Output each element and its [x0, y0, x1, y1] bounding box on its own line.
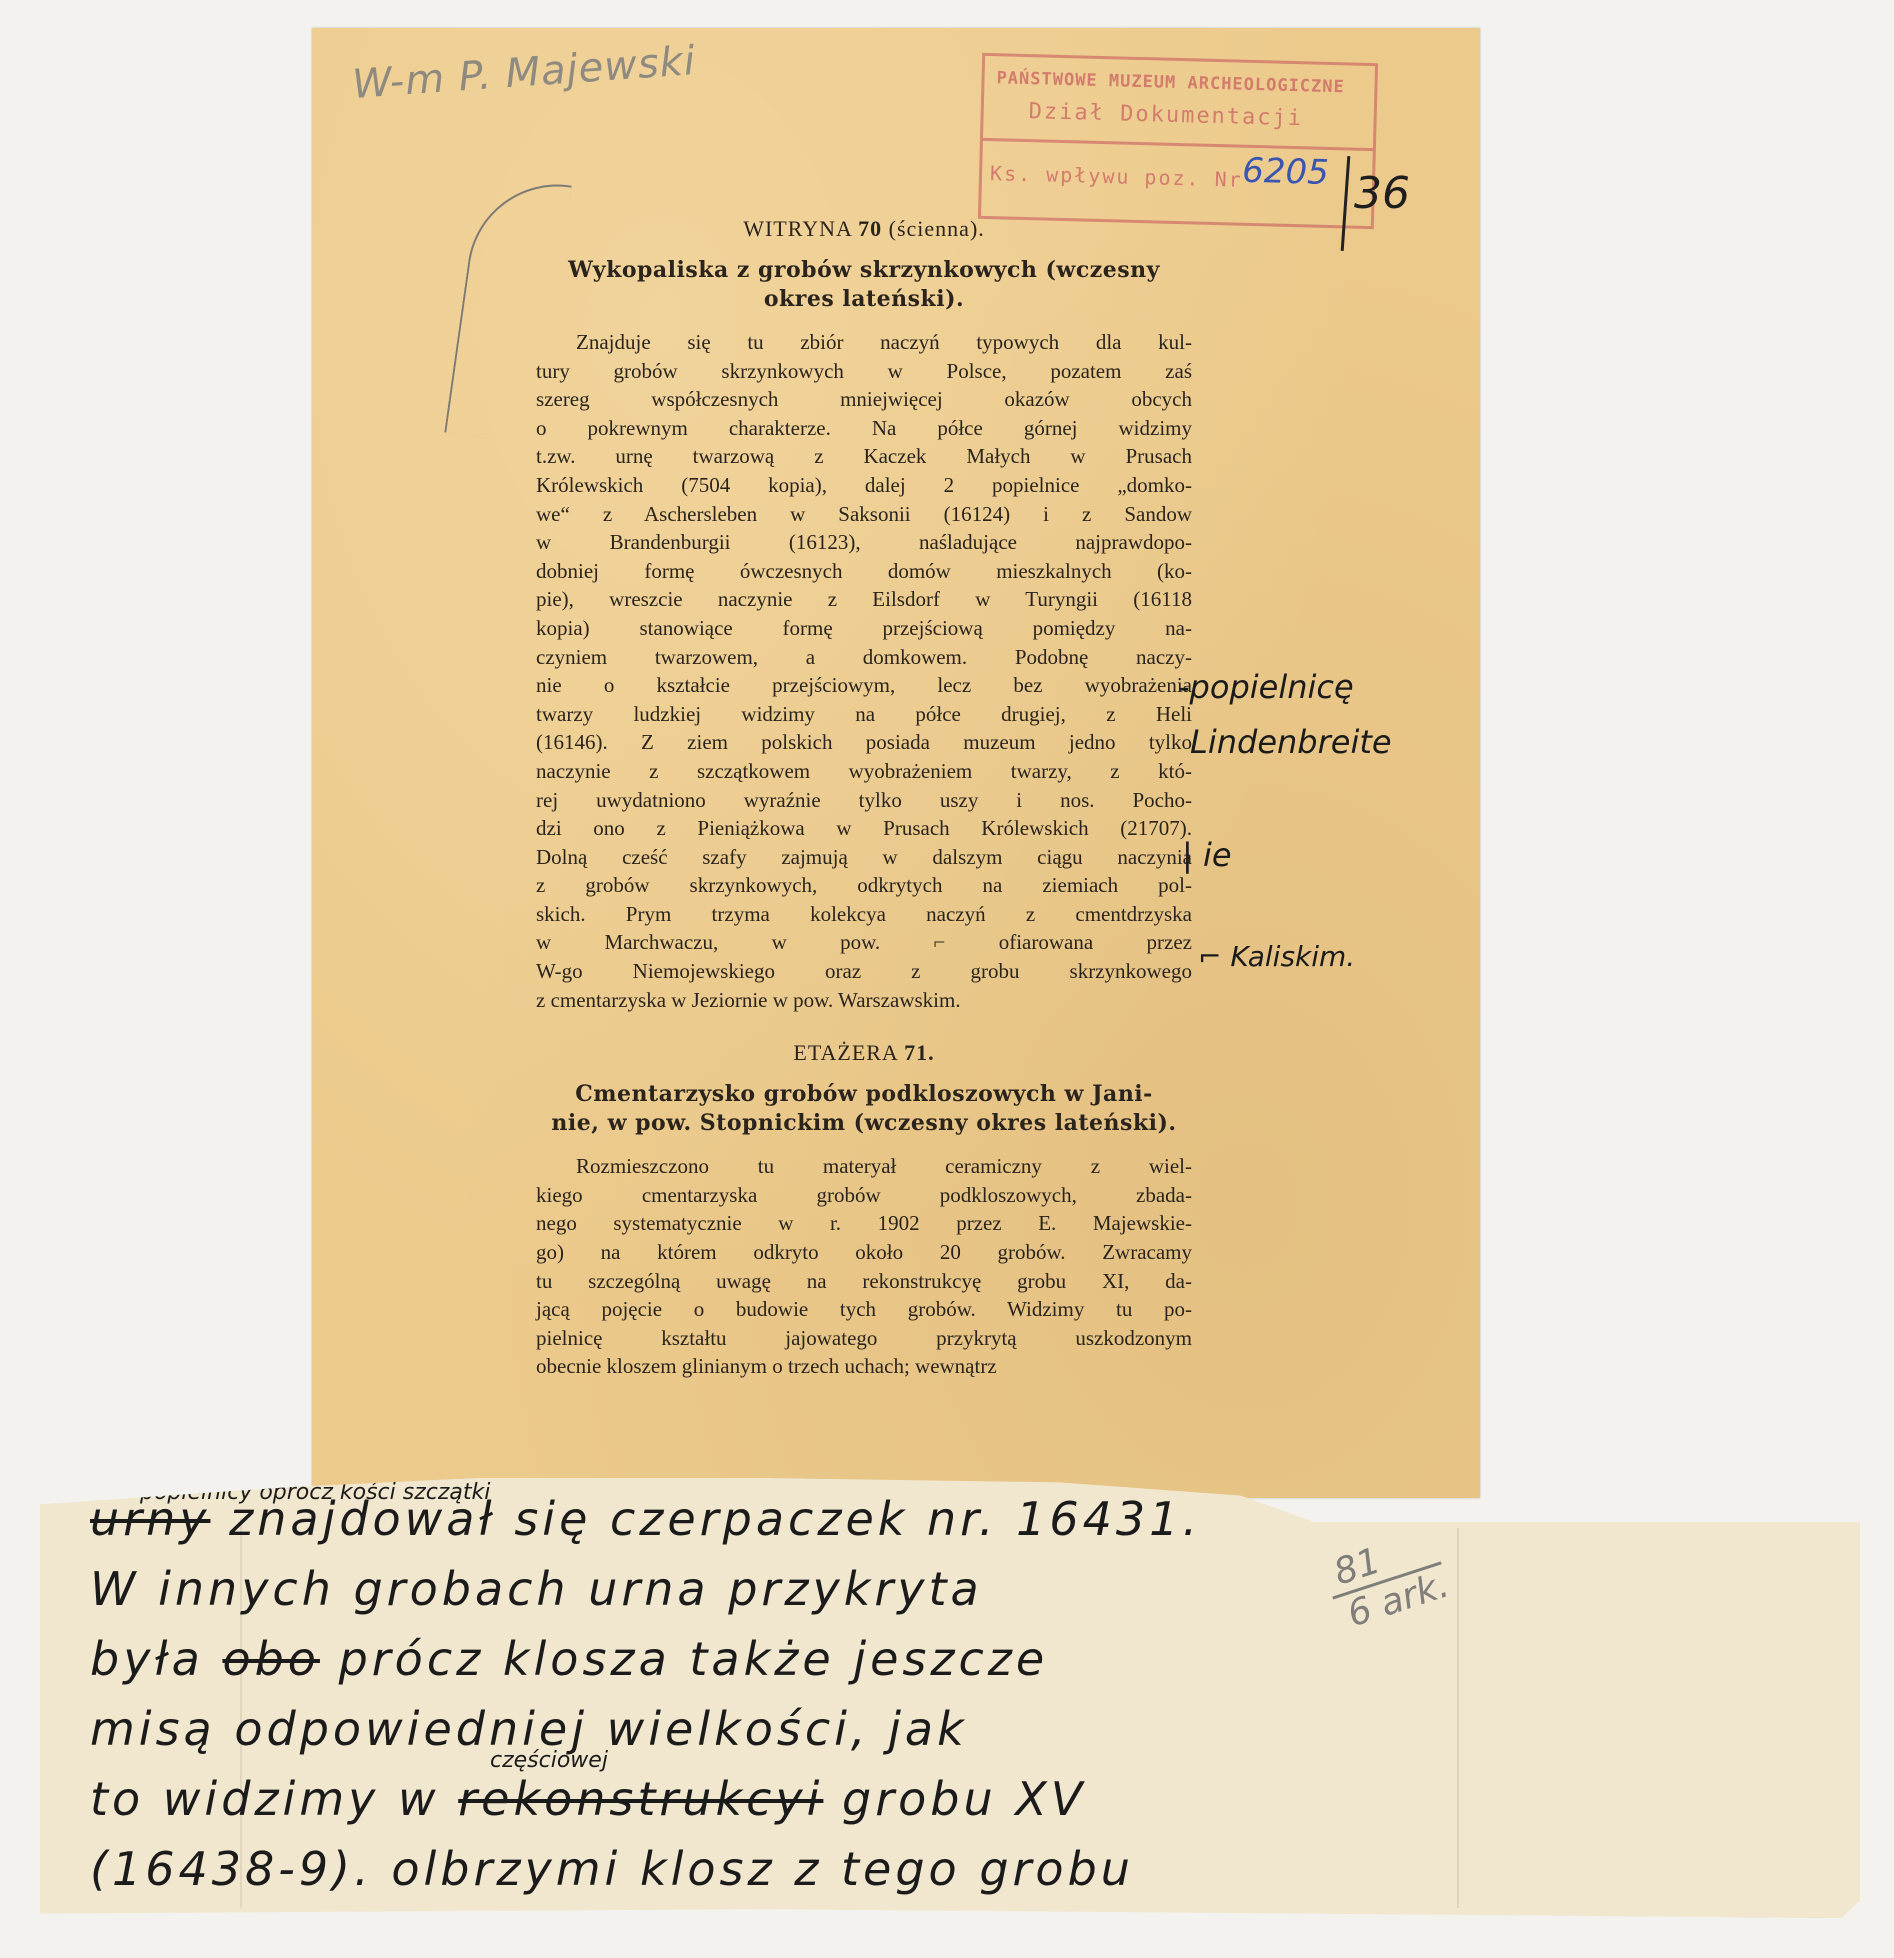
struck-word: rekonstrukcyi	[458, 1772, 823, 1826]
text-line: z grobów skrzynkowych, odkrytych na ziem…	[536, 871, 1192, 900]
text-line: szereg współczesnych mniejwięcej okazów …	[536, 385, 1192, 414]
text-line: naczynie z szczątkowem wyobrażeniem twar…	[536, 757, 1192, 786]
slip-word: była	[90, 1632, 222, 1686]
text-line: jącą pojęcie o budowie tych grobów. Widz…	[536, 1295, 1192, 1324]
folio-number: 36	[1354, 168, 1410, 219]
text-line: Rozmieszczono tu materyał ceramiczny z w…	[536, 1152, 1192, 1181]
section-subheader: Cmentarzysko grobów podkloszowych w Jani…	[536, 1080, 1192, 1138]
printed-text: WITRYNA 70 (ścienna). Wykopaliska z grob…	[536, 216, 1192, 1381]
section-header-suffix: (ścienna).	[889, 216, 985, 241]
text-line: Znajduje się tu zbiór naczyń typowych dl…	[536, 328, 1192, 357]
subheader-line: okres lateński).	[536, 285, 1192, 314]
text-line: (16146). Z ziem polskich posiada muzeum …	[536, 728, 1192, 757]
margin-note-lindenbreite: Lindenbreite	[1190, 723, 1392, 761]
text-line: go) na którem odkryto około 20 grobów. Z…	[536, 1238, 1192, 1267]
section-header-number: 70	[858, 216, 882, 241]
text-line: pie), wreszcie naczynie z Eilsdorf w Tur…	[536, 585, 1192, 614]
struck-word: obo	[222, 1632, 320, 1686]
text-line: nie o kształcie przejściowym, lecz bez w…	[536, 671, 1192, 700]
handwritten-slip: popielnicy oprócz kości szczątki urny zn…	[40, 1478, 1860, 1918]
subheader-line: Cmentarzysko grobów podkloszowych w Jani…	[536, 1080, 1192, 1109]
text-line: o pokrewnym charakterze. Na półce górnej…	[536, 414, 1192, 443]
section-paragraph: Znajduje się tu zbiór naczyń typowych dl…	[536, 328, 1192, 1014]
text-line: tu szczególną uwagę na rekonstrukcyę gro…	[536, 1267, 1192, 1296]
text-line: Dolną cześć szafy zajmują w dalszym ciąg…	[536, 843, 1192, 872]
subheader-line: Wykopaliska z grobów skrzynkowych (wczes…	[536, 256, 1192, 285]
text-line: w Brandenburgii (16123), naśladujące naj…	[536, 528, 1192, 557]
text-line: tury grobów skrzynkowych w Polsce, pozat…	[536, 357, 1192, 386]
inventory-number: 6205	[1242, 151, 1330, 193]
text-line: kopia) stanowiące formę przejściową pomi…	[536, 614, 1192, 643]
text-line: we“ z Aschersleben w Saksonii (16124) i …	[536, 500, 1192, 529]
slip-line: misą odpowiedniej wielkości, jak	[90, 1694, 1340, 1764]
text-line: z cmentarzyska w Jeziornie w pow. Warsza…	[536, 986, 1192, 1015]
slip-insert-word: częściowej	[490, 1748, 608, 1773]
slip-word: prócz klosza także jeszcze	[320, 1632, 1048, 1686]
printed-page: W-m P. Majewski PAŃSTWOWE MUZEUM ARCHEOL…	[312, 28, 1480, 1498]
slip-word: grobu XV	[823, 1772, 1086, 1826]
text-line: dzi ono z Pieniążkowa w Prusach Królewsk…	[536, 814, 1192, 843]
slip-fold-line	[1457, 1528, 1459, 1908]
text-line: Królewskich (7504 kopia), dalej 2 popiel…	[536, 471, 1192, 500]
stamp-divider	[983, 138, 1373, 151]
struck-word: urny	[90, 1492, 210, 1546]
slip-word: W innych grobach urna przykryta	[90, 1562, 983, 1616]
text-line: w Marchwaczu, w pow. ⌐ ofiarowana przez	[536, 928, 1192, 957]
text-line: obecnie kloszem glinianym o trzech uchac…	[536, 1352, 1192, 1381]
slip-line: (16438-9). olbrzymi klosz z tego grobu	[90, 1834, 1340, 1904]
slip-line: to widzimy w rekonstrukcyi grobu XV	[90, 1764, 1340, 1834]
text-line: dobniej formę ówczesnych domów mieszkaln…	[536, 557, 1192, 586]
section-header-prefix: WITRYNA	[743, 216, 851, 241]
section-paragraph: Rozmieszczono tu materyał ceramiczny z w…	[536, 1152, 1192, 1381]
section-header-prefix: ETAŻERA	[793, 1040, 897, 1065]
stamp-line-3: Ks. wpływu poz. Nr	[990, 161, 1243, 192]
margin-note-popielnice: -popielnicę	[1178, 668, 1354, 706]
section-subheader: Wykopaliska z grobów skrzynkowych (wczes…	[536, 256, 1192, 314]
slip-text: urny znajdował się czerpaczek nr. 16431.…	[90, 1484, 1340, 1904]
text-line: rej uwydatniono wyraźnie tylko uszy i no…	[536, 786, 1192, 815]
text-line: czyniem twarzowem, a domkowem. Podobnę n…	[536, 643, 1192, 672]
text-line: pielnicę kształtu jajowatego przykrytą u…	[536, 1324, 1192, 1353]
section-gap	[536, 1014, 1192, 1040]
slip-word: (16438-9). olbrzymi klosz z tego grobu	[90, 1842, 1134, 1896]
section-header-number: 71.	[904, 1040, 935, 1065]
text-line: kiego cmentarzyska grobów podkloszowych,…	[536, 1181, 1192, 1210]
slip-word: znajdował się czerpaczek nr. 16431.	[210, 1492, 1201, 1546]
stamp-line-2: Dział Dokumentacji	[1028, 99, 1303, 131]
stamp-line-1: PAŃSTWOWE MUZEUM ARCHEOLOGICZNE	[996, 68, 1345, 97]
slip-line: była obo prócz klosza także jeszcze	[90, 1624, 1340, 1694]
text-line: skich. Prym trzyma kolekcya naczyń z cme…	[536, 900, 1192, 929]
slip-word: to widzimy w	[90, 1772, 458, 1826]
subheader-line: nie, w pow. Stopnickim (wczesny okres la…	[536, 1109, 1192, 1138]
pencil-header-note: W-m P. Majewski	[351, 38, 698, 108]
margin-note-ie: | ie	[1182, 836, 1232, 874]
section-header: ETAŻERA 71.	[536, 1040, 1192, 1066]
museum-stamp: PAŃSTWOWE MUZEUM ARCHEOLOGICZNE Dział Do…	[978, 53, 1378, 229]
text-line: twarzy ludzkiej widzimy na półce drugiej…	[536, 700, 1192, 729]
text-line: t.zw. urnę twarzową z Kaczek Małych w Pr…	[536, 442, 1192, 471]
text-line: W-go Niemojewskiego oraz z grobu skrzynk…	[536, 957, 1192, 986]
margin-note-kaliskim: ⌐ Kaliskim.	[1198, 940, 1355, 973]
text-line: nego systematycznie w r. 1902 przez E. M…	[536, 1209, 1192, 1238]
slip-line: W innych grobach urna przykryta	[90, 1554, 1340, 1624]
section-header: WITRYNA 70 (ścienna).	[536, 216, 1192, 242]
slip-line: urny znajdował się czerpaczek nr. 16431.	[90, 1484, 1340, 1554]
